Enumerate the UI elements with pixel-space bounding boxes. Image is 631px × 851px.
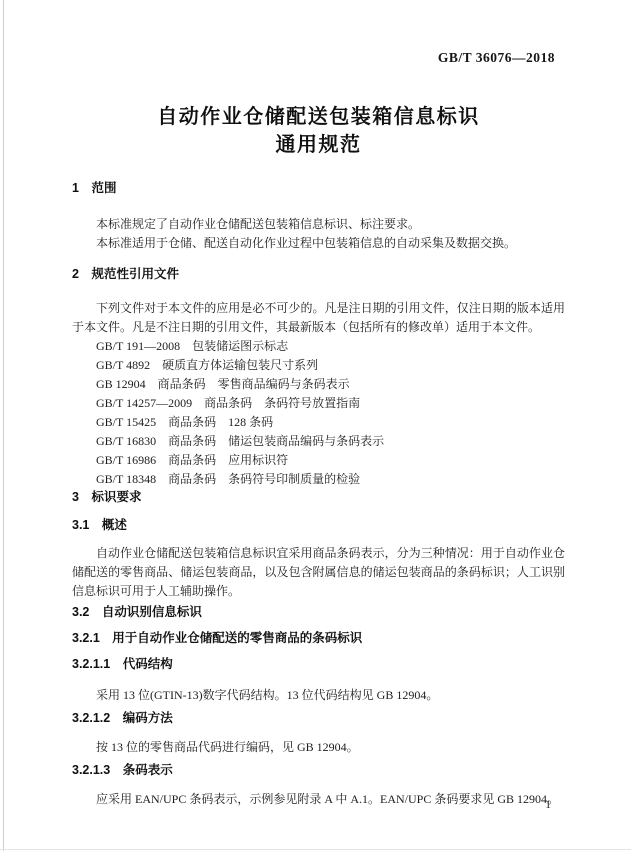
reference-item: GB/T 16986 商品条码 应用标识符	[96, 451, 565, 470]
section-3-2-1-3-paragraph-1: 应采用 EAN/UPC 条码表示，示例参见附录 A 中 A.1。EAN/UPC …	[72, 790, 565, 809]
section-2-heading: 2 规范性引用文件	[72, 267, 565, 281]
section-3-heading: 3 标识要求	[72, 490, 565, 504]
reference-item: GB/T 14257—2009 商品条码 条码符号放置指南	[96, 394, 565, 413]
section-2-paragraph-1: 下列文件对于本文件的应用是必不可少的。凡是注日期的引用文件，仅注日期的版本适用于…	[72, 299, 565, 337]
document-title: 自动作业仓储配送包装箱信息标识 通用规范	[72, 103, 565, 159]
section-3-1-heading: 3.1 概述	[72, 518, 565, 532]
page-number: 1	[545, 799, 551, 811]
section-3-2-1-3-heading: 3.2.1.3 条码表示	[72, 763, 565, 777]
section-3-2-1-heading: 3.2.1 用于自动作业仓储配送的零售商品的条码标识	[72, 631, 565, 645]
section-1-heading: 1 范围	[72, 181, 565, 195]
standard-number: GB/T 36076—2018	[72, 50, 565, 65]
section-3-1-paragraph-1: 自动作业仓储配送包装箱信息标识宜采用商品条码表示，分为三种情况：用于自动作业仓储…	[72, 544, 565, 601]
reference-item: GB/T 191—2008 包装储运图示标志	[96, 337, 565, 356]
section-3-2-1-2-heading: 3.2.1.2 编码方法	[72, 711, 565, 725]
section-3-2-1-1-heading: 3.2.1.1 代码结构	[72, 657, 565, 671]
section-1-paragraph-1: 本标准规定了自动作业仓储配送包装箱信息标识、标注要求。	[72, 215, 565, 234]
document-title-line1: 自动作业仓储配送包装箱信息标识	[72, 103, 565, 131]
section-1-paragraph-2: 本标准适用于仓储、配送自动化作业过程中包装箱信息的自动采集及数据交换。	[72, 234, 565, 253]
reference-item: GB/T 4892 硬质直方体运输包装尺寸系列	[96, 356, 565, 375]
document-title-line2: 通用规范	[72, 131, 565, 159]
reference-item: GB/T 15425 商品条码 128 条码	[96, 413, 565, 432]
reference-item: GB/T 18348 商品条码 条码符号印制质量的检验	[96, 470, 565, 489]
reference-item: GB 12904 商品条码 零售商品编码与条码表示	[96, 375, 565, 394]
section-3-2-1-2-paragraph-1: 按 13 位的零售商品代码进行编码，见 GB 12904。	[72, 738, 565, 757]
reference-item: GB/T 16830 商品条码 储运包装商品编码与条码表示	[96, 432, 565, 451]
section-3-2-1-1-paragraph-1: 采用 13 位(GTIN-13)数字代码结构。13 位代码结构见 GB 1290…	[72, 686, 565, 705]
section-3-2-heading: 3.2 自动识别信息标识	[72, 605, 565, 619]
normative-references-list: GB/T 191—2008 包装储运图示标志 GB/T 4892 硬质直方体运输…	[72, 337, 565, 489]
document-page: GB/T 36076—2018 自动作业仓储配送包装箱信息标识 通用规范 1 范…	[0, 0, 631, 851]
